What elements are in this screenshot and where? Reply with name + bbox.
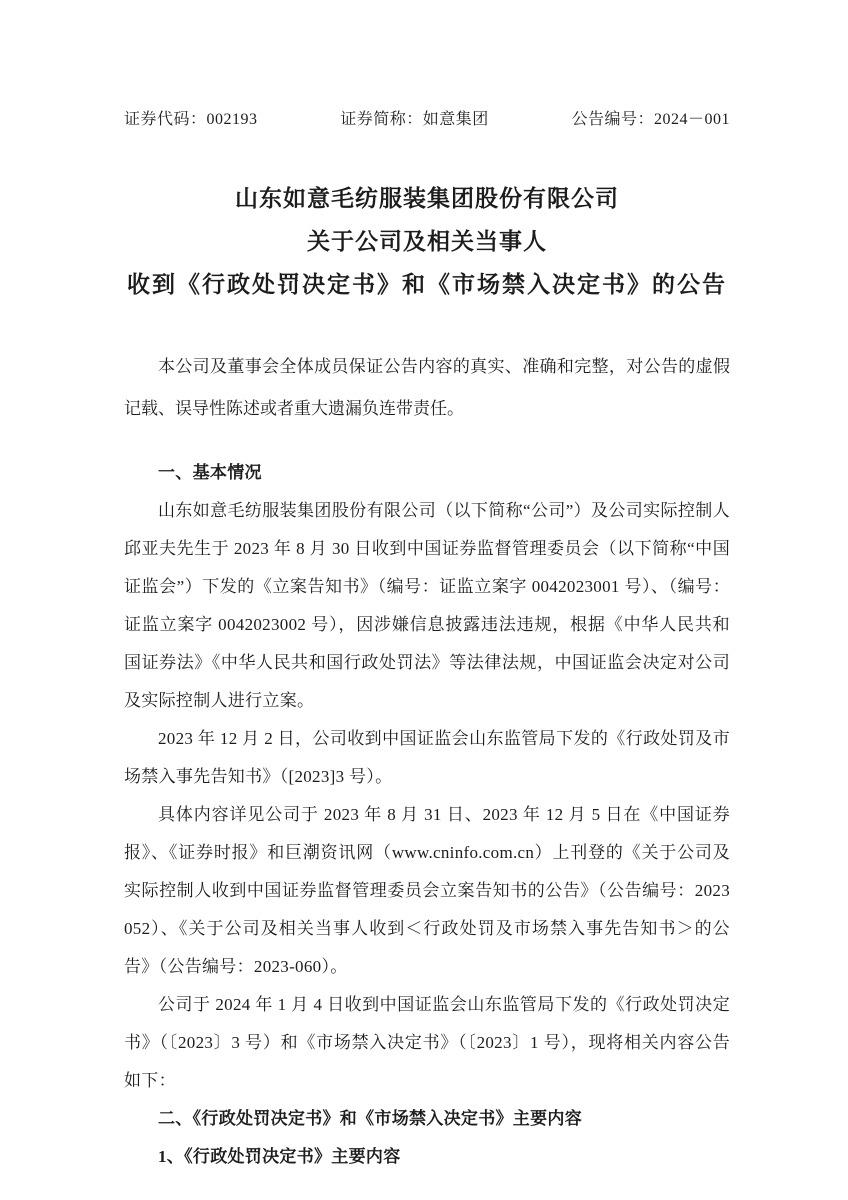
title-line-decision: 收到《行政处罚决定书》和《市场禁入决定书》的公告 — [124, 263, 730, 306]
section-heading-basic-info: 一、基本情况 — [124, 454, 730, 492]
title-line-company: 山东如意毛纺服装集团股份有限公司 — [124, 177, 730, 220]
board-disclaimer: 本公司及董事会全体成员保证公告内容的真实、准确和完整，对公告的虚假记载、误导性陈… — [124, 346, 730, 430]
section-heading-decision-content: 二、《行政处罚决定书》和《市场禁入决定书》主要内容 — [124, 1100, 730, 1138]
paragraph-prior-announcements: 具体内容详见公司于 2023 年 8 月 31 日、2023 年 12 月 5 … — [124, 796, 730, 986]
paragraph-prior-notice: 2023 年 12 月 2 日，公司收到中国证监会山东监管局下发的《行政处罚及市… — [124, 720, 730, 796]
announcement-page: 证券代码：002193 证券简称：如意集团 公告编号：2024－001 山东如意… — [0, 0, 848, 1200]
subsection-heading-penalty-decision: 1、《行政处罚决定书》主要内容 — [124, 1138, 730, 1176]
announcement-number-label: 公告编号：2024－001 — [571, 106, 730, 129]
stock-name-label: 证券简称：如意集团 — [340, 106, 489, 129]
title-line-subject: 关于公司及相关当事人 — [124, 220, 730, 263]
paragraph-case-filing: 山东如意毛纺服装集团股份有限公司（以下简称“公司”）及公司实际控制人邱亚夫先生于… — [124, 492, 730, 720]
document-body: 一、基本情况 山东如意毛纺服装集团股份有限公司（以下简称“公司”）及公司实际控制… — [124, 454, 730, 1176]
stock-code-label: 证券代码：002193 — [124, 106, 258, 129]
document-title: 山东如意毛纺服装集团股份有限公司 关于公司及相关当事人 收到《行政处罚决定书》和… — [124, 177, 730, 306]
document-header: 证券代码：002193 证券简称：如意集团 公告编号：2024－001 — [124, 106, 730, 129]
paragraph-decision-received: 公司于 2024 年 1 月 4 日收到中国证监会山东监管局下发的《行政处罚决定… — [124, 986, 730, 1100]
